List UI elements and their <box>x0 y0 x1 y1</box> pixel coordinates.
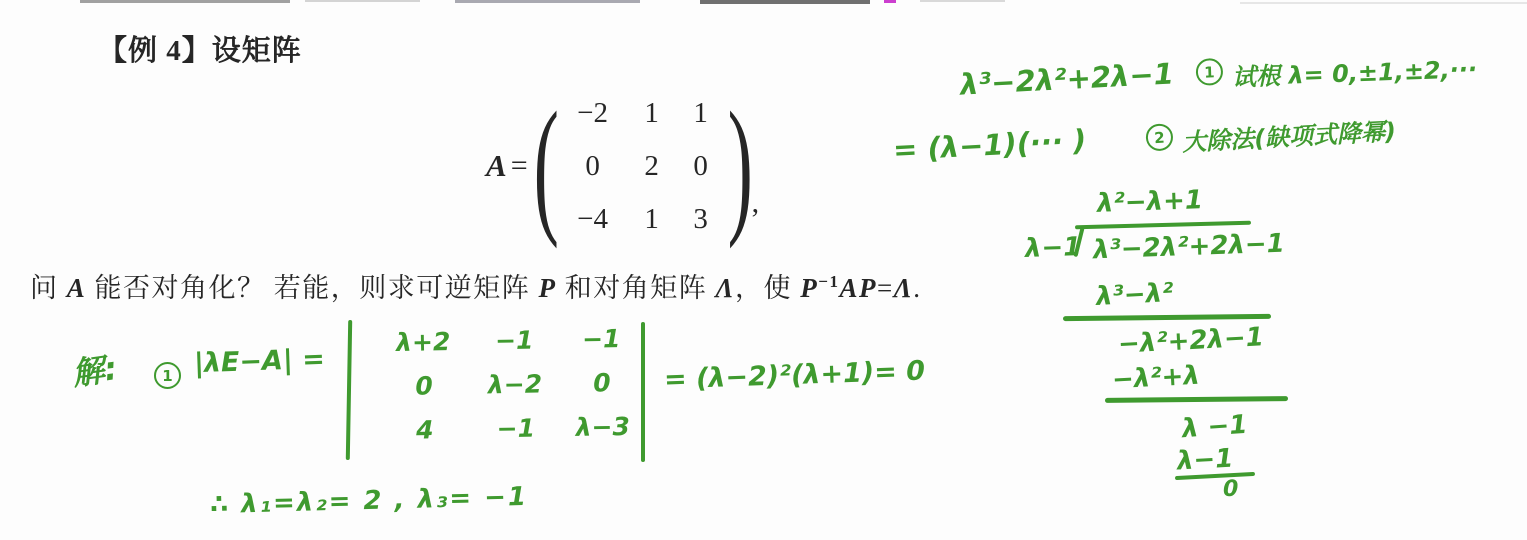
matrix-cell: 2 <box>626 152 678 181</box>
division-subtract-2: −λ²+λ <box>1111 361 1200 396</box>
matrix-cell: 1 <box>626 205 678 234</box>
circled-1-icon: 1 <box>154 362 181 389</box>
division-underline-2 <box>1105 396 1288 402</box>
top-crop-artifact <box>80 0 290 3</box>
division-subtract-3: λ−1 <box>1176 444 1234 477</box>
det-cell: −1 <box>471 413 561 444</box>
matrix-name: A <box>486 148 507 184</box>
matrix-cell: −2 <box>560 99 626 128</box>
division-remainder-1: −λ²+2λ−1 <box>1117 322 1264 360</box>
division-underline-1 <box>1063 314 1271 321</box>
top-crop-artifact <box>700 0 870 4</box>
var-Lambda: Λ <box>894 273 914 303</box>
division-subtract-1: λ³−λ² <box>1095 278 1174 312</box>
example-label: 【例 4】设矩阵 <box>98 28 302 69</box>
matrix-cell: 3 <box>678 205 724 234</box>
det-cell: λ−2 <box>470 369 560 400</box>
division-bar <box>1075 221 1251 230</box>
var-A: A <box>67 273 87 303</box>
top-crop-artifact <box>920 0 1005 2</box>
question-segment: 和对角矩阵 <box>557 273 716 303</box>
var-P-inverse: P <box>800 273 818 303</box>
determinant-lhs: |λE−A| = <box>193 344 325 380</box>
division-final-remainder: 0 <box>1223 477 1238 502</box>
tip-trial-roots-text: 试根 λ= 0,±1,±2,··· <box>1231 49 1477 93</box>
matrix-cell: −4 <box>560 205 626 234</box>
det-cell: λ−3 <box>561 412 645 442</box>
eigenvalue-conclusion: ∴ λ₁=λ₂= 2 , λ₃= −1 <box>210 482 529 520</box>
var-Lambda: Λ <box>716 273 736 303</box>
top-crop-artifact <box>305 0 420 2</box>
question-segment: 能否对角化？ 若能，则求可逆矩阵 <box>86 273 538 303</box>
question-text: 问 A 能否对角化？ 若能，则求可逆矩阵 P 和对角矩阵 Λ，使 P−1AP=Λ… <box>30 266 921 305</box>
solution-step-1: 解: 1 |λE−A| = λ+2 −1 −1 0 λ−2 0 4 −1 λ−3… <box>70 318 950 478</box>
matrix-cell: 0 <box>678 152 724 181</box>
det-cell: 0 <box>560 368 644 398</box>
tip-long-division: 2 大除法(缺项式降幂) <box>1145 111 1396 159</box>
top-crop-magenta-dash <box>884 0 896 3</box>
matrix-cell: 1 <box>678 99 724 128</box>
characteristic-polynomial: λ³−2λ²+2λ−1 <box>959 56 1174 101</box>
question-segment: 问 <box>30 273 67 303</box>
determinant-left-bar <box>346 320 352 460</box>
top-crop-artifact <box>455 0 640 3</box>
determinant-entries: λ+2 −1 −1 0 λ−2 0 4 −1 λ−3 <box>377 324 645 446</box>
det-cell: 0 <box>378 371 470 402</box>
division-quotient: λ²−λ+1 <box>1097 185 1204 219</box>
tip-trial-roots: 1 试根 λ= 0,±1,±2,··· <box>1195 49 1477 94</box>
matrix-a: A = ( −2 1 1 0 2 0 −4 1 3 ) , <box>486 84 759 248</box>
top-crop-line <box>1240 2 1527 4</box>
equals-sign: = <box>511 149 528 183</box>
det-cell: λ+2 <box>377 327 469 358</box>
circled-2-icon: 2 <box>1145 123 1173 151</box>
question-segment: ，使 <box>735 273 800 303</box>
tip-long-division-text: 大除法(缺项式降幂) <box>1181 111 1396 157</box>
lecture-slide: 【例 4】设矩阵 A = ( −2 1 1 0 2 0 −4 1 3 ) , 问… <box>0 0 1527 540</box>
comma: , <box>752 186 760 248</box>
determinant-rhs: = (λ−2)²(λ+1)= 0 <box>664 355 926 395</box>
det-cell: −1 <box>469 325 559 356</box>
long-division: λ²−λ+1 λ−1 λ³−2λ²+2λ−1 λ³−λ² −λ²+2λ−1 −λ… <box>1020 185 1320 515</box>
matrix-cell: 1 <box>626 99 678 128</box>
period: . <box>913 273 921 303</box>
det-cell: 4 <box>379 415 471 446</box>
division-dividend: λ³−2λ²+2λ−1 <box>1093 229 1286 266</box>
division-divisor: λ−1 <box>1024 232 1081 264</box>
equals-sign: = <box>877 273 894 303</box>
matrix-cell: 0 <box>560 152 626 181</box>
factored-form: = (λ−1)(··· ) <box>892 123 1087 167</box>
var-P: P <box>539 273 557 303</box>
circled-1-icon: 1 <box>1195 58 1223 86</box>
var-AP: AP <box>839 273 877 303</box>
solution-label: 解: <box>69 343 120 395</box>
det-cell: −1 <box>559 324 643 354</box>
matrix-entries: −2 1 1 0 2 0 −4 1 3 <box>560 99 724 234</box>
division-remainder-2: λ −1 <box>1181 410 1248 444</box>
inverse-exponent: −1 <box>818 272 839 291</box>
